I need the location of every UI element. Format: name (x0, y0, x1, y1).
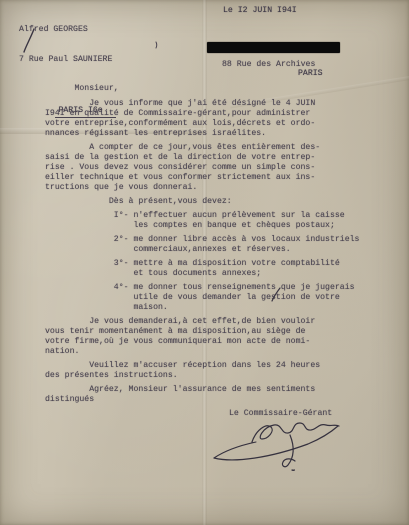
letter-date: Le I2 JUIN I94I (223, 6, 297, 16)
instruction-item-1: I°- n'effectuer aucun prélèvement sur la… (45, 211, 380, 231)
recipient-city: PARIS (298, 69, 323, 79)
redaction-bar (207, 42, 340, 53)
paragraph-regards: Agréez, Monsieur l'assurance de mes sent… (45, 385, 380, 405)
instruction-item-4: 4°- me donner tous renseignements que je… (45, 283, 380, 313)
paragraph-dispossession: A compter de ce jour,vous êtes entièreme… (45, 143, 380, 193)
instruction-item-3: 3°- mettre à ma disposition votre compta… (45, 259, 380, 279)
paragraph-availability: Je vous demanderai,à cet effet,de bien v… (45, 317, 380, 357)
letter-body: Monsieur, Je vous informe que j'ai été d… (45, 84, 380, 409)
letter-photo: Alfred GEORGES 7 Rue Paul SAUNIERE PARIS… (0, 0, 409, 525)
paragraph-appointment: Je vous informe que j'ai été désigné le … (45, 99, 380, 139)
instruction-item-2: 2°- me donner libre accès à vos locaux i… (45, 235, 380, 255)
instructions-intro: Dès à présent,vous devez: (45, 197, 380, 207)
sender-street: 7 Rue Paul SAUNIERE (19, 55, 116, 65)
salutation: Monsieur, (45, 84, 380, 94)
closing-title: Le Commissaire-Gérant (229, 409, 332, 419)
sender-name: Alfred GEORGES (19, 25, 116, 35)
paragraph-acknowledge: Veuillez m'accuser réception dans les 24… (45, 361, 380, 381)
